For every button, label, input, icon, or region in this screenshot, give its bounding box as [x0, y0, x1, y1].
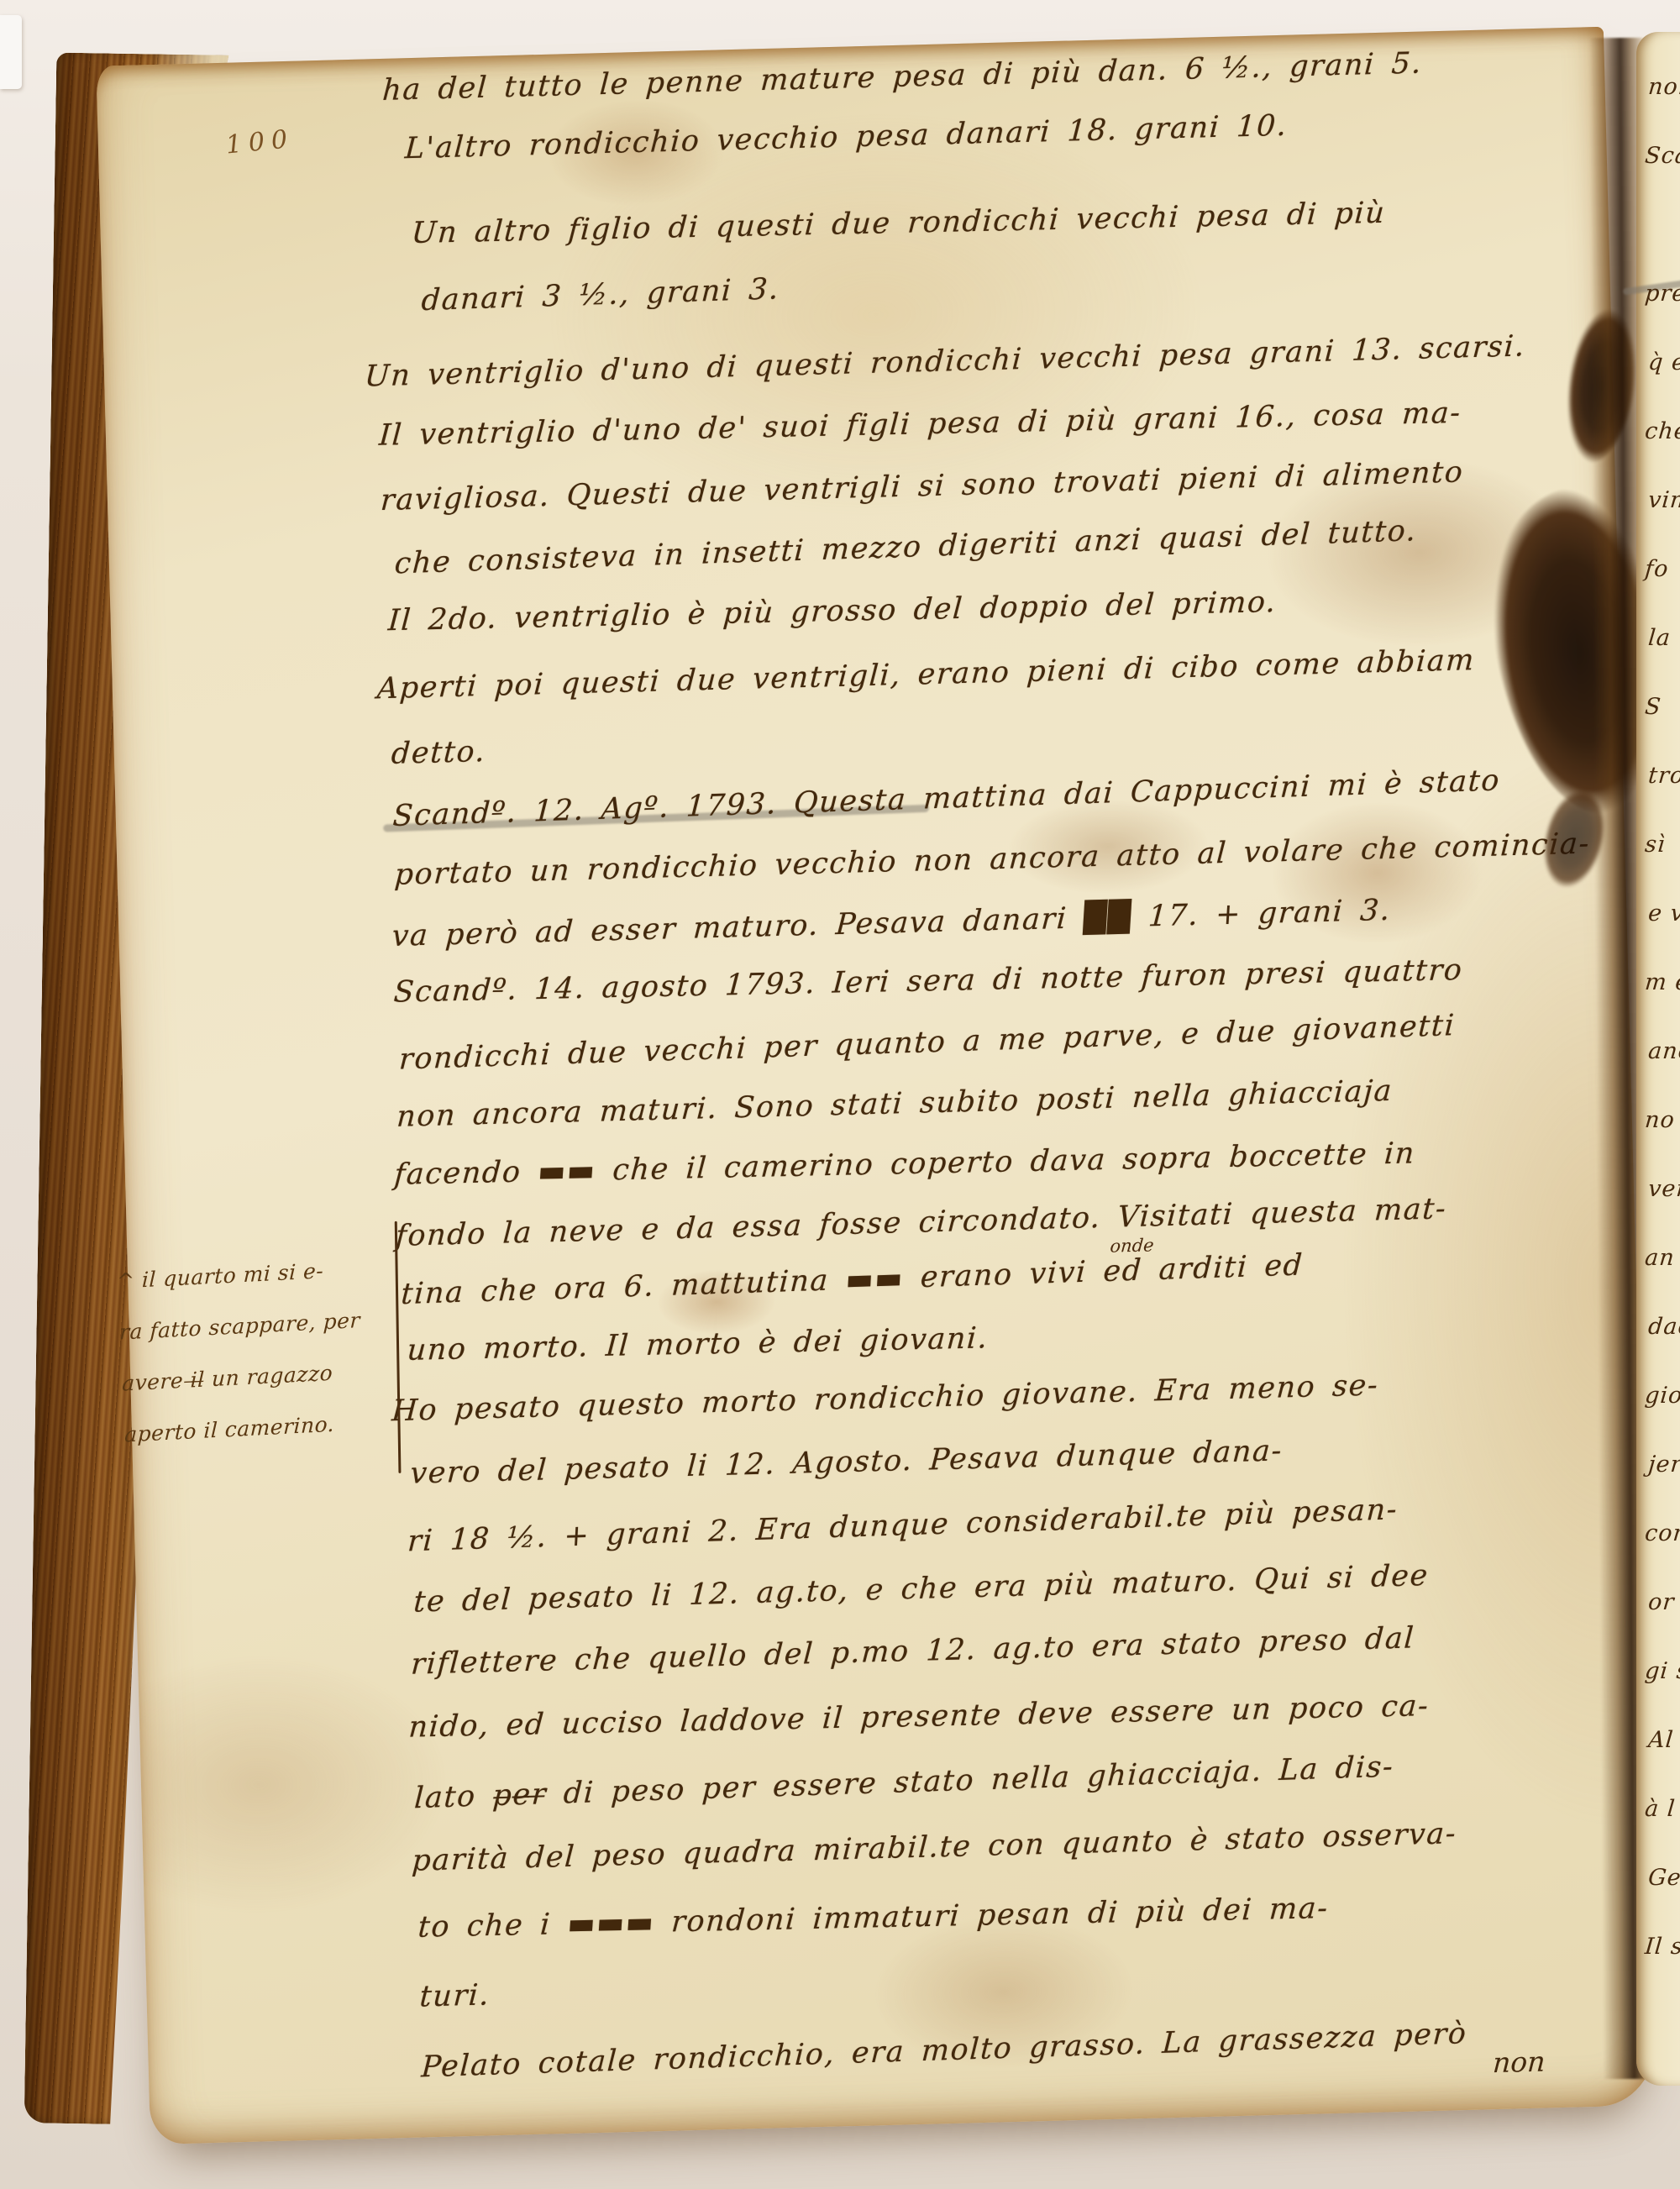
text-line: ravigliosa. Questi due ventrigli si sono… [380, 455, 1465, 517]
facing-fragment [1643, 212, 1680, 281]
text-line-date-heading: Scandº. 14. agosto 1793. Ieri sera di no… [392, 953, 1464, 1010]
text-line: Un altro figlio di questi due rondicchi … [411, 197, 1387, 250]
facing-fragment: e ve [1643, 900, 1680, 969]
facing-fragment: Il se [1640, 1934, 1680, 2003]
manuscript-text: ha del tutto le penne mature pesa di più… [96, 27, 1657, 2144]
photo-backdrop: 50 100 ha del tutto le penne mature pesa… [0, 0, 1680, 2189]
text-line: turi. [418, 1978, 491, 2013]
manuscript-page: 100 ha del tutto le penne mature pesa di… [96, 27, 1657, 2144]
facing-fragment: dac [1643, 1314, 1680, 1383]
text-line: nido, ed ucciso laddove il presente deve… [407, 1689, 1431, 1745]
text-line: to che i ▬▬▬ rondoni immaturi pesan di p… [417, 1892, 1330, 1945]
facing-fragment: Al p [1643, 1727, 1680, 1796]
text-line-date-heading: Scandº. 12. Agº. 1793. Questa mattina da… [391, 764, 1501, 833]
facing-page-edge: non a Scand pre q̀ era che vin fo la S t… [1636, 32, 1680, 2086]
facing-fragment: com [1640, 1520, 1680, 1589]
text-line: danari 3 ½., grani 3. [421, 272, 780, 318]
facing-fragment: gi s [1640, 1658, 1680, 1727]
facing-fragment: gior [1640, 1383, 1680, 1451]
facing-fragment: tro [1643, 763, 1680, 832]
facing-fragment: m e [1640, 969, 1680, 1038]
facing-fragment: la [1643, 625, 1680, 694]
facing-fragment: vin [1643, 487, 1680, 556]
facing-fragment: S [1640, 694, 1680, 763]
facing-fragment: q̀ era [1643, 349, 1680, 418]
facing-fragment: non a [1643, 74, 1680, 143]
text-line: parità del peso quadra mirabil.te con qu… [411, 1817, 1457, 1878]
text-line: ha del tutto le penne mature pesa di più… [381, 46, 1423, 107]
margin-note: ^ il quarto mi si e- ra fatto scappare, … [115, 1255, 402, 1473]
text-line: L'altro rondicchio vecchio pesa danari 1… [404, 109, 1289, 166]
text-line: va però ad esser maturo. Pesava danari █… [391, 894, 1392, 953]
text-line: Aperti poi questi due ventrigli, erano p… [376, 643, 1477, 706]
facing-fragment: no v [1640, 1107, 1680, 1176]
text-line: vero del pesato li 12. Agosto. Pesava du… [409, 1434, 1284, 1490]
facing-fragment: à l [1640, 1796, 1680, 1865]
facing-fragment: sì [1640, 832, 1680, 900]
facing-fragment: pre [1640, 281, 1680, 349]
text-line: Il 2do. ventriglio è più grosso del dopp… [387, 585, 1278, 638]
text-line: portato un rondicchio vecchio non ancora… [393, 827, 1591, 892]
facing-fragment: anch [1643, 1038, 1680, 1107]
text-line: fondo la neve e da essa fosse circondato… [395, 1192, 1448, 1253]
facing-fragment: che [1640, 418, 1680, 487]
shelf-label [0, 15, 22, 89]
text-line: lato p̶e̶r̶ di peso per essere stato nel… [413, 1750, 1394, 1815]
facing-fragment: Ges [1643, 1865, 1680, 1934]
text-line: non ancora maturi. Sono stati subito pos… [396, 1074, 1394, 1134]
text-line: uno morto. Il morto è dei giovani. [406, 1321, 989, 1367]
text-line: Il ventriglio d'uno de' suoi figli pesa … [378, 396, 1462, 453]
facing-fragment: Scand [1640, 143, 1680, 212]
text-line: che consisteva in insetti mezzo digeriti… [394, 514, 1418, 580]
facing-fragment: fo [1640, 556, 1680, 625]
text-line: Ho pesato questo morto rondicchio giovan… [391, 1368, 1379, 1428]
text-line: riflettere che quello del p.mo 12. ag.to… [410, 1621, 1415, 1681]
facing-fragment: jer [1643, 1451, 1680, 1520]
facing-fragment: or e [1643, 1589, 1680, 1658]
text-line: rondicchi due vecchi per quanto a me par… [398, 1009, 1456, 1077]
text-line: te del pesato li 12. ag.to, e che era pi… [412, 1559, 1430, 1619]
text-line: detto. [391, 735, 487, 771]
text-line: tina che ora 6. mattutina ▬▬ erano vivi … [400, 1248, 1304, 1311]
interline-insertion: onde [1110, 1235, 1155, 1256]
text-line: facendo ▬▬ che il camerino coperto dava … [393, 1136, 1416, 1192]
catchword: non [1492, 2045, 1546, 2079]
text-line: ri 18 ½. + grani 2. Era dunque considera… [407, 1493, 1399, 1558]
text-line: Un ventriglio d'uno di questi rondicchi … [364, 329, 1526, 393]
facing-fragment: an [1640, 1245, 1680, 1314]
facing-fragment: veng [1643, 1176, 1680, 1245]
text-line: Pelato cotale rondicchio, era molto gras… [420, 2017, 1467, 2084]
facing-page-fragments: non a Scand pre q̀ era che vin fo la S t… [1643, 74, 1680, 2003]
